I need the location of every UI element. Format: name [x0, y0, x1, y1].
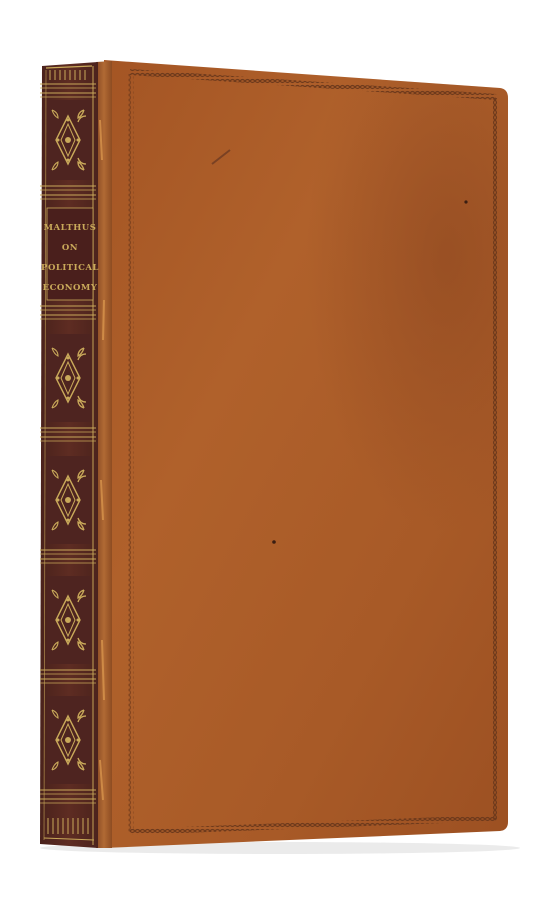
book-illustration: MALTHUS ON POLITICAL ECONOMY [0, 0, 551, 900]
spine-panel-3 [47, 456, 91, 544]
joint [96, 61, 112, 848]
book-photo: MALTHUS ON POLITICAL ECONOMY [0, 0, 551, 900]
blemish [464, 200, 467, 203]
spine-panel-4 [47, 576, 91, 664]
spine-panel-1 [47, 100, 91, 180]
spine-title-line-1: MALTHUS [44, 223, 97, 233]
spine-panel-5 [47, 696, 91, 784]
blemish [272, 540, 276, 544]
spine-title-line-4: ECONOMY [43, 283, 98, 293]
spine-panel-2 [47, 334, 91, 422]
spine-title-line-2: ON [62, 243, 78, 253]
spine-title-label: MALTHUS ON POLITICAL ECONOMY [41, 208, 99, 300]
spine: MALTHUS ON POLITICAL ECONOMY [40, 62, 99, 848]
spine-title-line-3: POLITICAL [41, 263, 99, 273]
front-cover [104, 60, 508, 848]
